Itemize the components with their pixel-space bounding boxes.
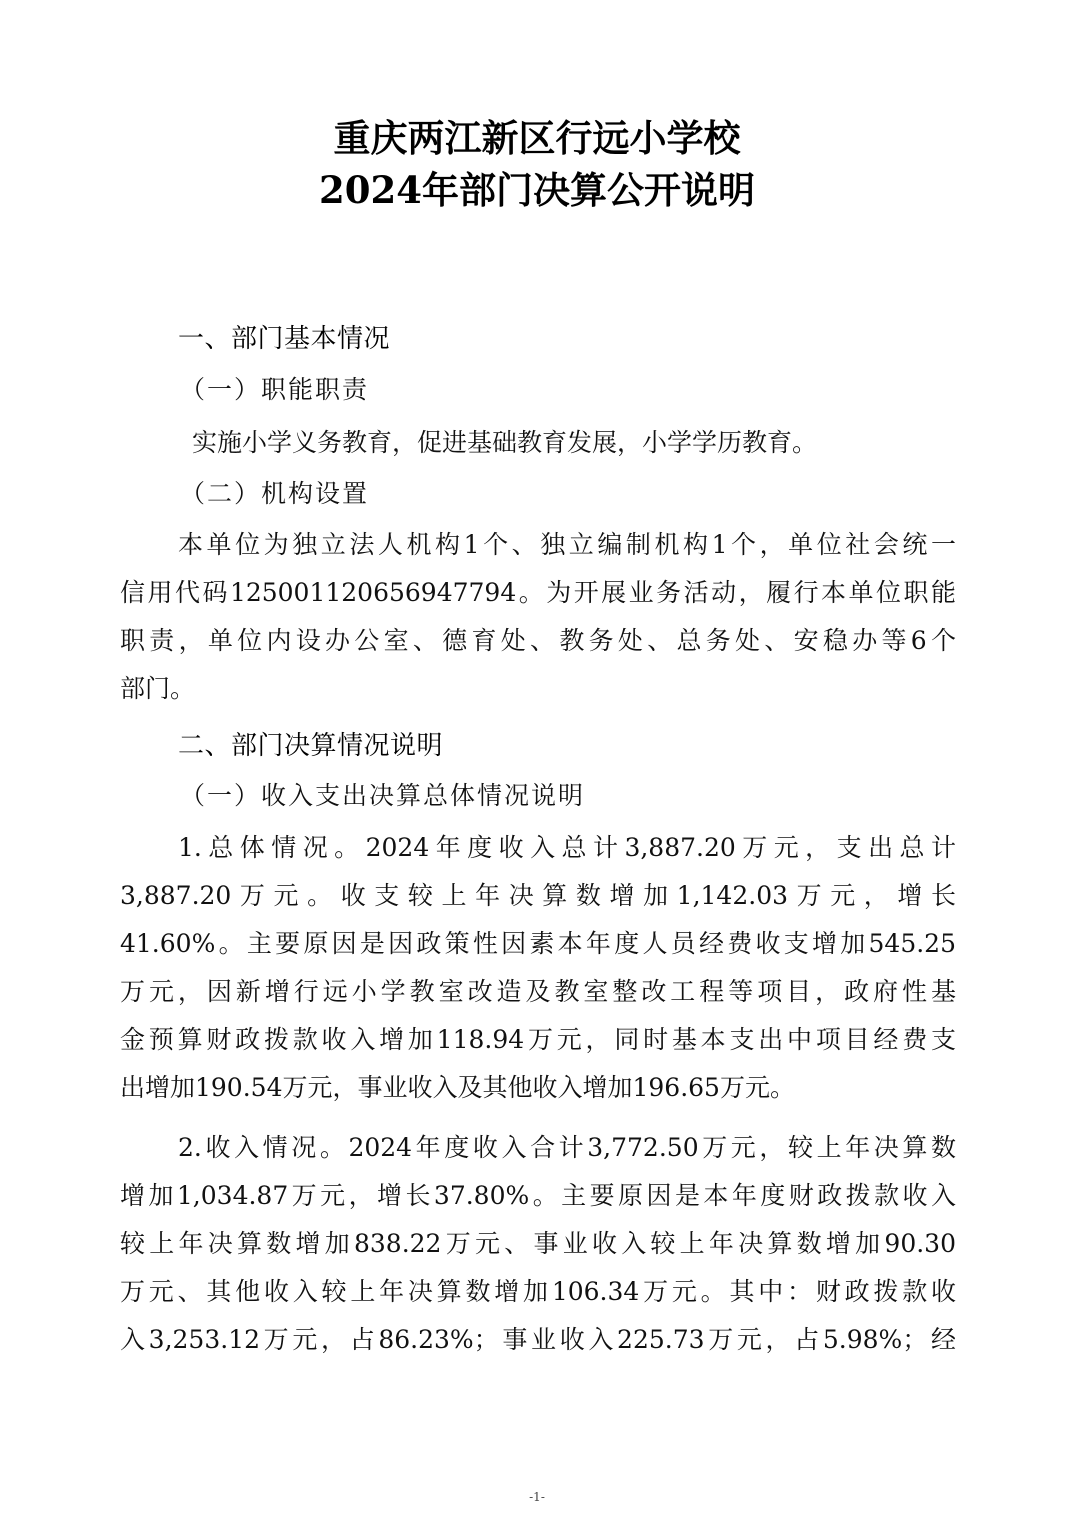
section2-heading: 二、部门决算情况说明 [178, 725, 443, 762]
income-para-line: 增加1,034.87万元，增长37.80%。主要原因是本年度财政拨款收入 [120, 1176, 956, 1212]
document-title-line2: 2024年部门决算公开说明 [0, 160, 1074, 214]
section1-heading: 一、部门基本情况 [178, 318, 390, 355]
org-text-line: 信用代码125001120656947794。为开展业务活动，履行本单位职能 [120, 573, 956, 609]
org-text-line: 部门。 [120, 669, 956, 705]
duties-text: 实施小学义务教育，促进基础教育发展，小学学历教育。 [192, 423, 1028, 459]
document-title-line1: 重庆两江新区行远小学校 [0, 108, 1074, 162]
income-para-line: 入3,253.12万元，占86.23%；事业收入225.73万元，占5.98%；… [120, 1320, 956, 1356]
section1-sub2-heading: （二）机构设置 [180, 474, 369, 510]
income-para-line: 较上年决算数增加838.22万元、事业收入较上年决算数增加90.30 [120, 1224, 956, 1260]
section2-sub1-heading: （一）收入支出决算总体情况说明 [180, 776, 585, 812]
overall-para-line: 万元，因新增行远小学教室改造及教室整改工程等项目，政府性基 [120, 972, 956, 1008]
section1-sub1-heading: （一）职能职责 [180, 370, 369, 406]
org-text-line: 本单位为独立法人机构1个、独立编制机构1个，单位社会统一 [178, 525, 956, 561]
income-para-line: 2.收入情况。2024年度收入合计3,772.50万元，较上年决算数 [178, 1128, 956, 1164]
overall-para-line: 1.总体情况。2024年度收入总计3,887.20万元，支出总计 [178, 828, 956, 864]
org-text-line: 职责，单位内设办公室、德育处、教务处、总务处、安稳办等6个 [120, 621, 956, 657]
income-para-line: 万元、其他收入较上年决算数增加106.34万元。其中：财政拨款收 [120, 1272, 956, 1308]
page-number: -1- [0, 1490, 1074, 1504]
overall-para-line: 金预算财政拨款收入增加118.94万元，同时基本支出中项目经费支 [120, 1020, 956, 1056]
document-page: 重庆两江新区行远小学校 2024年部门决算公开说明 一、部门基本情况 （一）职能… [0, 0, 1074, 1520]
overall-para-line: 3,887.20万元。收支较上年决算数增加1,142.03万元，增长 [120, 876, 956, 912]
overall-para-line: 41.60%。主要原因是因政策性因素本年度人员经费收支增加545.25 [120, 924, 956, 960]
overall-para-line: 出增加190.54万元，事业收入及其他收入增加196.65万元。 [120, 1068, 956, 1104]
